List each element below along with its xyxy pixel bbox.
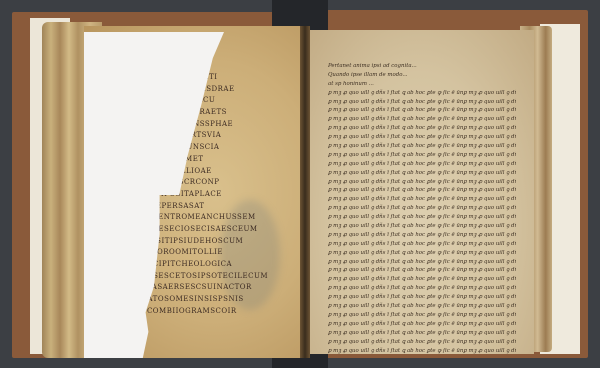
right-page-line: ꝑ mꝫ ꝓ quo uill ꝯ dñs ī ſtat ꝗ ab hoc ꝑt… — [328, 133, 516, 142]
right-page-line: ꝑ mꝫ ꝓ quo uill ꝯ dñs ī ſtat ꝗ ab hoc ꝑt… — [328, 347, 516, 356]
right-page-line: ꝑ mꝫ ꝓ quo uill ꝯ dñs ī ſtat ꝗ ab hoc ꝑt… — [328, 124, 516, 133]
right-page-line: ꝑ mꝫ ꝓ quo uill ꝯ dñs ī ſtat ꝗ ab hoc ꝑt… — [328, 222, 516, 231]
right-page-line: ꝑ mꝫ ꝓ quo uill ꝯ dñs ī ſtat ꝗ ab hoc ꝑt… — [328, 89, 516, 98]
right-page-line: ꝑ mꝫ ꝓ quo uill ꝯ dñs ī ſtat ꝗ ab hoc ꝑt… — [328, 186, 516, 195]
right-page-line: ꝑ mꝫ ꝓ quo uill ꝯ dñs ī ſtat ꝗ ab hoc ꝑt… — [328, 284, 516, 293]
right-page-line: ꝑ mꝫ ꝓ quo uill ꝯ dñs ī ſtat ꝗ ab hoc ꝑt… — [328, 338, 516, 347]
right-page-line: ꝑ mꝫ ꝓ quo uill ꝯ dñs ī ſtat ꝗ ab hoc ꝑt… — [328, 115, 516, 124]
right-page-line: ꝑ mꝫ ꝓ quo uill ꝯ dñs ī ſtat ꝗ ab hoc ꝑt… — [328, 178, 516, 187]
right-page-line: ꝑ mꝫ ꝓ quo uill ꝯ dñs ī ſtat ꝗ ab hoc ꝑt… — [328, 275, 516, 284]
right-page-line: ꝑ mꝫ ꝓ quo uill ꝯ dñs ī ſtat ꝗ ab hoc ꝑt… — [328, 98, 516, 107]
right-page-line: ꝑ mꝫ ꝓ quo uill ꝯ dñs ī ſtat ꝗ ab hoc ꝑt… — [328, 106, 516, 115]
right-page-line: ꝑ mꝫ ꝓ quo uill ꝯ dñs ī ſtat ꝗ ab hoc ꝑt… — [328, 249, 516, 258]
right-page-line: ꝑ mꝫ ꝓ quo uill ꝯ dñs ī ſtat ꝗ ab hoc ꝑt… — [328, 213, 516, 222]
right-page-text: Pertanet anima ipsi ad cognita... Quando… — [328, 62, 516, 355]
right-page-line: ꝑ mꝫ ꝓ quo uill ꝯ dñs ī ſtat ꝗ ab hoc ꝑt… — [328, 302, 516, 311]
right-page-line: ꝑ mꝫ ꝓ quo uill ꝯ dñs ī ſtat ꝗ ab hoc ꝑt… — [328, 195, 516, 204]
right-page-line: ꝑ mꝫ ꝓ quo uill ꝯ dñs ī ſtat ꝗ ab hoc ꝑt… — [328, 160, 516, 169]
right-page-line: ꝑ mꝫ ꝓ quo uill ꝯ dñs ī ſtat ꝗ ab hoc ꝑt… — [328, 266, 516, 275]
right-page-line: ꝑ mꝫ ꝓ quo uill ꝯ dñs ī ſtat ꝗ ab hoc ꝑt… — [328, 258, 516, 267]
gutter — [300, 26, 310, 358]
right-page-line: ꝑ mꝫ ꝓ quo uill ꝯ dñs ī ſtat ꝗ ab hoc ꝑt… — [328, 204, 516, 213]
right-page-line: ꝑ mꝫ ꝓ quo uill ꝯ dñs ī ſtat ꝗ ab hoc ꝑt… — [328, 142, 516, 151]
right-page-line: ꝑ mꝫ ꝓ quo uill ꝯ dñs ī ſtat ꝗ ab hoc ꝑt… — [328, 329, 516, 338]
right-page-line: ꝑ mꝫ ꝓ quo uill ꝯ dñs ī ſtat ꝗ ab hoc ꝑt… — [328, 320, 516, 329]
right-page-line: ꝑ mꝫ ꝓ quo uill ꝯ dñs ī ſtat ꝗ ab hoc ꝑt… — [328, 293, 516, 302]
right-page-line: ꝑ mꝫ ꝓ quo uill ꝯ dñs ī ſtat ꝗ ab hoc ꝑt… — [328, 240, 516, 249]
right-page-line: ꝑ mꝫ ꝓ quo uill ꝯ dñs ī ſtat ꝗ ab hoc ꝑt… — [328, 311, 516, 320]
right-page-line: ꝑ mꝫ ꝓ quo uill ꝯ dñs ī ſtat ꝗ ab hoc ꝑt… — [328, 151, 516, 160]
right-page-line: ꝑ mꝫ ꝓ quo uill ꝯ dñs ī ſtat ꝗ ab hoc ꝑt… — [328, 231, 516, 240]
right-page-line: ꝑ mꝫ ꝓ quo uill ꝯ dñs ī ſtat ꝗ ab hoc ꝑt… — [328, 169, 516, 178]
